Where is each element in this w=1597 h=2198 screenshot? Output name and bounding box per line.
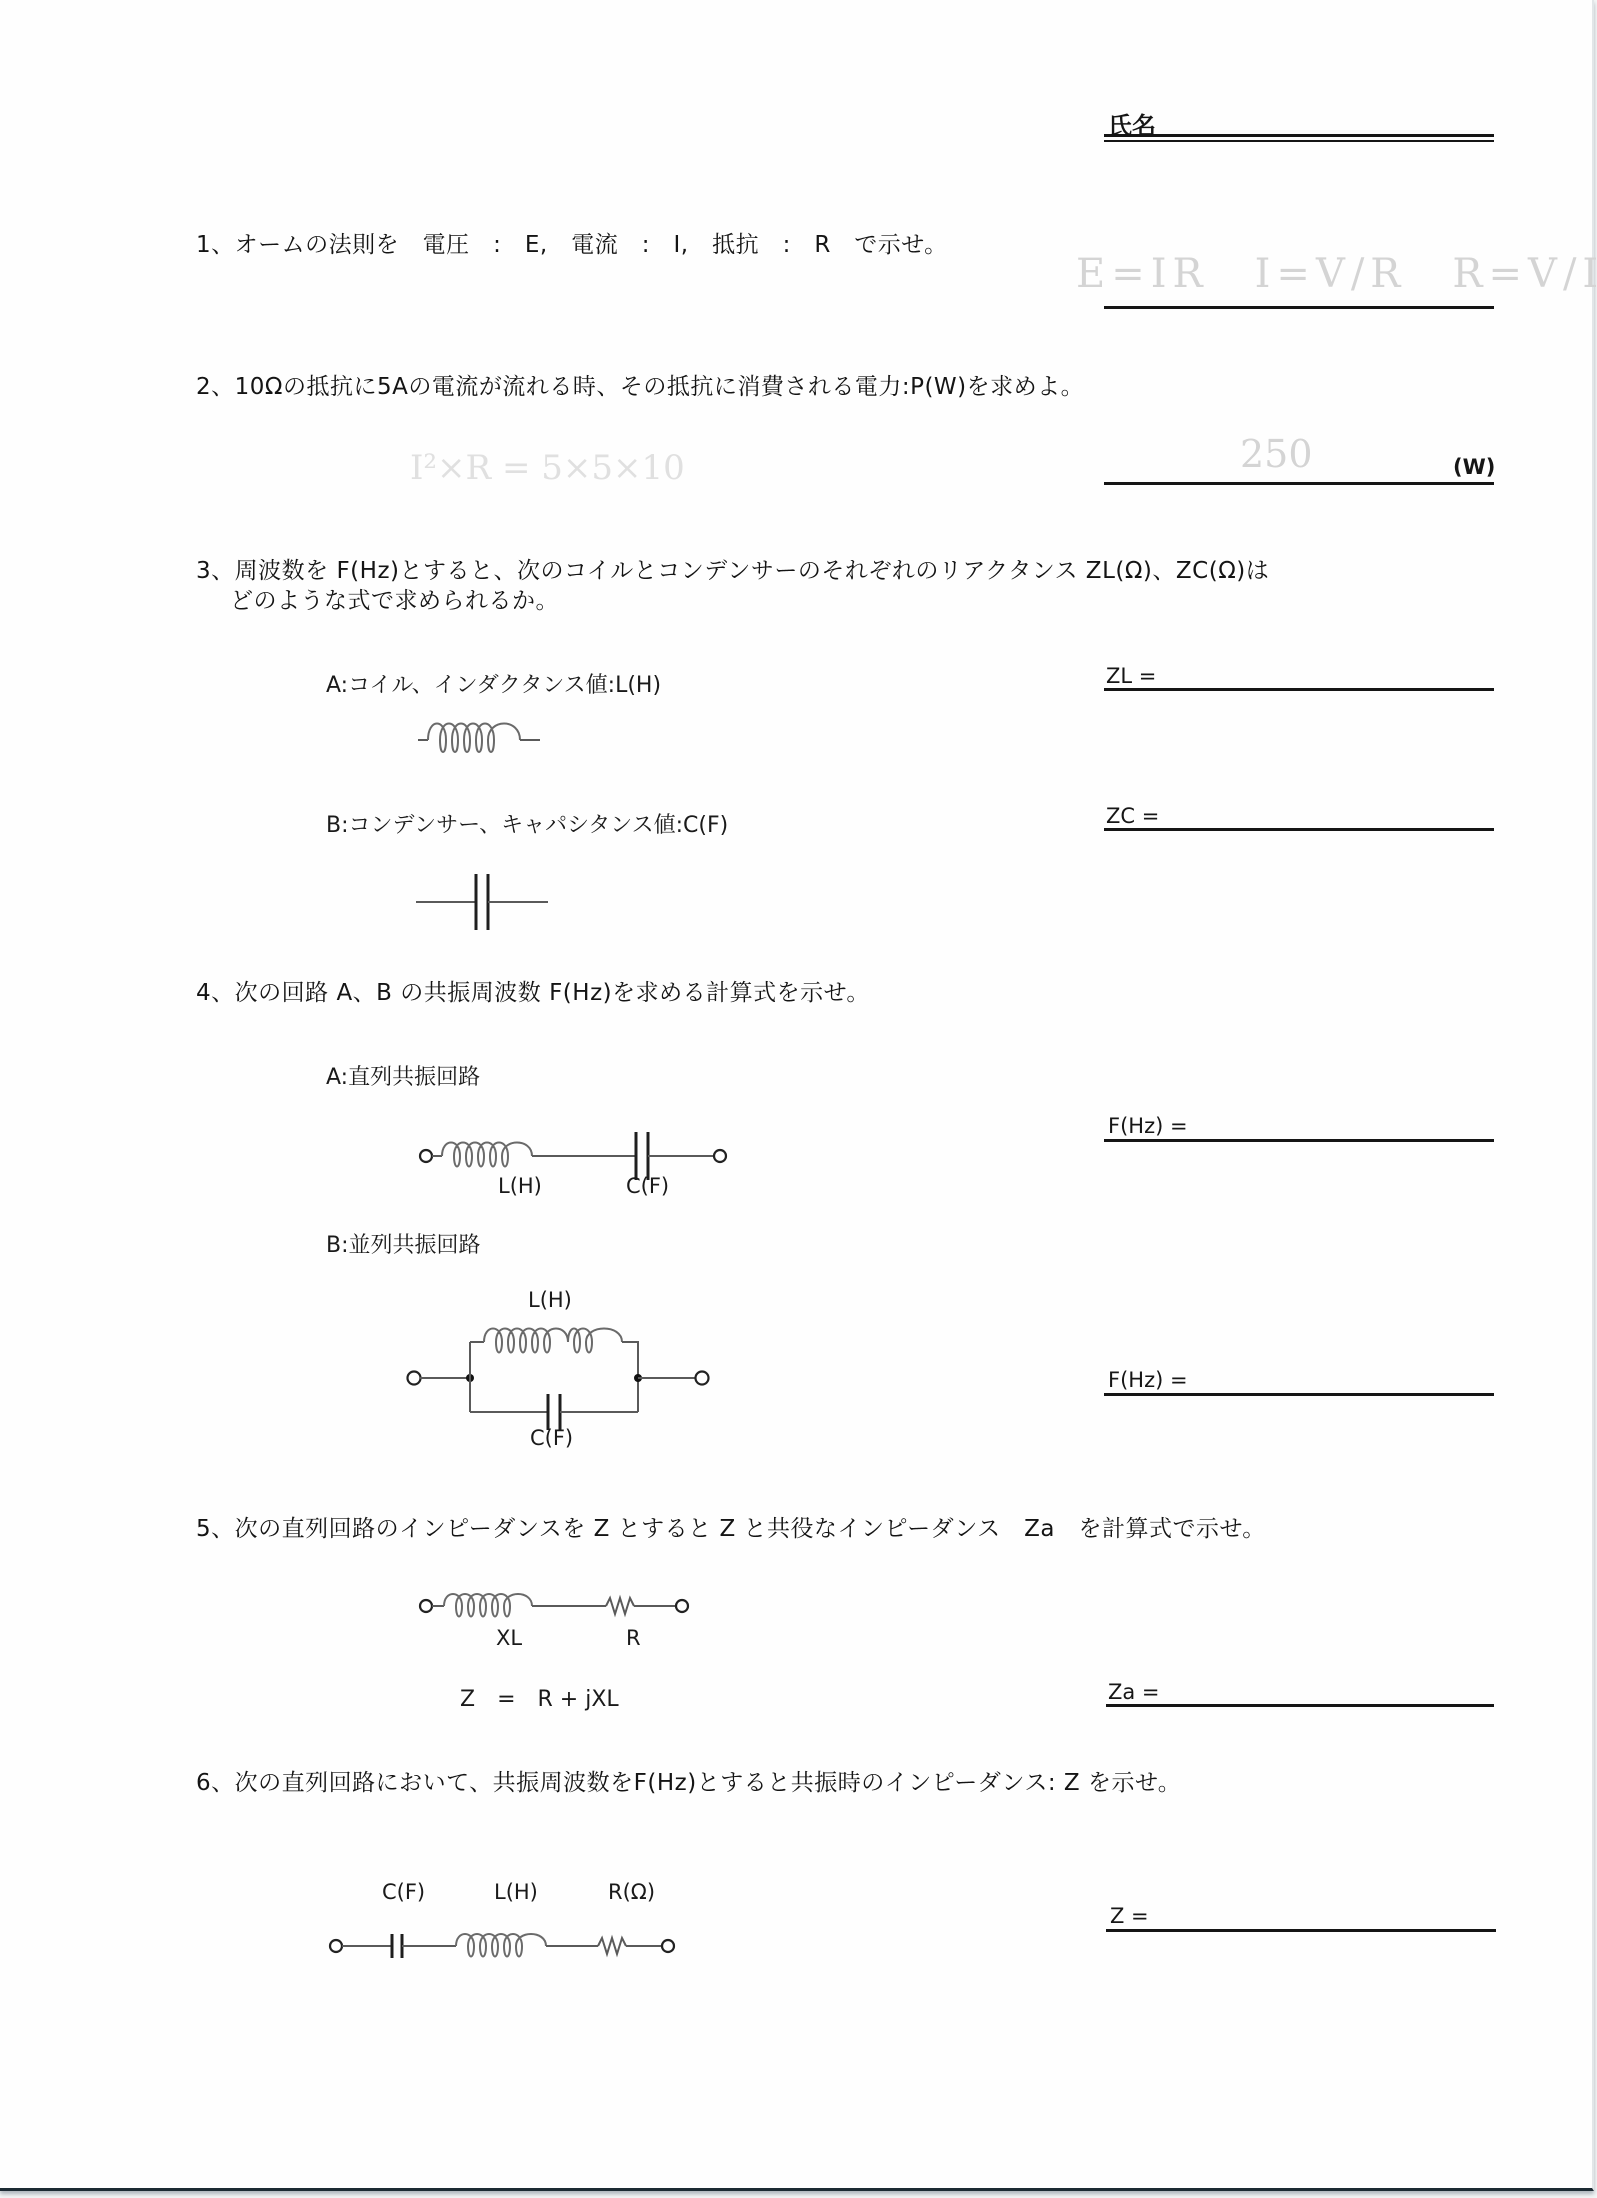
question-3b-label: B:コンデンサー、キャパシタンス値:C(F) xyxy=(326,808,728,839)
question-4a-inductor-label: L(H) xyxy=(498,1174,542,1198)
question-2-answer-line[interactable] xyxy=(1104,482,1494,485)
question-3a-answer-line[interactable] xyxy=(1104,688,1494,691)
question-5-given-equation: Z = R + jXL xyxy=(460,1682,619,1713)
question-4b-answer-label: F(Hz) = xyxy=(1108,1368,1188,1392)
question-5-reactance-label: XL xyxy=(496,1626,522,1650)
name-underline-1 xyxy=(1104,134,1494,137)
question-1-handwritten-answer: E=IR I=V/R R=V/I xyxy=(1076,242,1597,299)
question-6-answer-label: Z = xyxy=(1110,1904,1149,1928)
question-6-resistor-label: R(Ω) xyxy=(608,1880,655,1904)
question-4b-capacitor-label: C(F) xyxy=(530,1426,573,1450)
series-resonant-circuit-icon xyxy=(414,1132,734,1192)
question-3-text-line2: どのような式で求められるか。 xyxy=(230,582,559,615)
parallel-resonant-circuit-icon xyxy=(400,1322,730,1432)
question-4a-label: A:直列共振回路 xyxy=(326,1060,480,1091)
question-6-capacitor-label: C(F) xyxy=(382,1880,425,1904)
capacitor-symbol-icon xyxy=(416,872,556,932)
question-6-inductor-label: L(H) xyxy=(494,1880,538,1904)
question-6-text: 6、次の直列回路において、共振周波数をF(Hz)とすると共振時のインピーダンス:… xyxy=(196,1764,1181,1797)
question-4b-inductor-label: L(H) xyxy=(528,1288,572,1312)
question-3b-answer-line[interactable] xyxy=(1104,828,1494,831)
question-4a-capacitor-label: C(F) xyxy=(626,1174,669,1198)
question-2-text: 2、10Ωの抵抗に5Aの電流が流れる時、その抵抗に消費される電力:P(W)を求め… xyxy=(196,368,1084,401)
question-1-text: 1、オームの法則を 電圧 : E, 電流 : I, 抵抗 : R で示せ。 xyxy=(196,226,948,259)
question-2-handwritten-work: I²×R = 5×5×10 xyxy=(410,448,685,488)
question-5-resistor-label: R xyxy=(626,1626,641,1650)
series-rlc-circuit-icon xyxy=(322,1926,692,1966)
worksheet-page: 氏名 1、オームの法則を 電圧 : E, 電流 : I, 抵抗 : R で示せ。… xyxy=(0,0,1594,2191)
question-3-text-line1: 3、周波数を F(Hz)とすると、次のコイルとコンデンサーのそれぞれのリアクタン… xyxy=(196,552,1269,585)
question-3a-answer-label: ZL = xyxy=(1106,664,1156,688)
question-4b-answer-line[interactable] xyxy=(1104,1393,1494,1396)
question-4a-answer-label: F(Hz) = xyxy=(1108,1114,1188,1138)
question-5-answer-line[interactable] xyxy=(1106,1704,1494,1707)
question-4b-label: B:並列共振回路 xyxy=(326,1228,481,1259)
question-3a-label: A:コイル、インダクタンス値:L(H) xyxy=(326,668,661,699)
question-4a-answer-line[interactable] xyxy=(1104,1139,1494,1142)
name-underline-2 xyxy=(1104,140,1494,142)
question-1-answer-line[interactable] xyxy=(1104,306,1494,309)
question-4-text: 4、次の回路 A、B の共振周波数 F(Hz)を求める計算式を示せ。 xyxy=(196,974,870,1007)
question-6-answer-line[interactable] xyxy=(1106,1929,1496,1932)
question-2-handwritten-answer: 250 xyxy=(1240,432,1313,476)
question-5-text: 5、次の直列回路のインピーダンスを Z とすると Z と共役なインピーダンス Z… xyxy=(196,1510,1266,1543)
series-rl-circuit-icon xyxy=(414,1586,704,1626)
question-3b-answer-label: ZC = xyxy=(1106,804,1159,828)
inductor-symbol-icon xyxy=(416,716,546,766)
question-2-unit: (W) xyxy=(1453,455,1495,479)
question-5-answer-label: Za = xyxy=(1108,1680,1160,1704)
